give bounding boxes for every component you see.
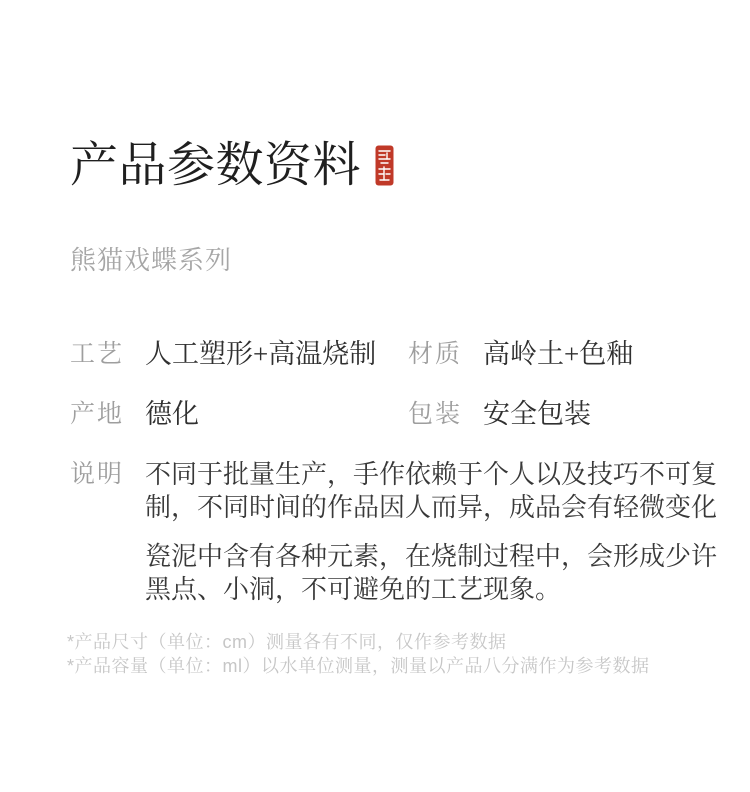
spec-origin: 产地 德化 <box>70 398 408 431</box>
spec-packaging: 包装 安全包装 <box>408 398 591 431</box>
spec-label-material: 材质 <box>408 338 483 371</box>
spec-label-description: 说明 <box>70 458 145 606</box>
series-name: 熊猫戏蝶系列 <box>70 246 232 274</box>
spec-craft: 工艺 人工塑形+高温烧制 <box>70 338 408 371</box>
description-paragraph-2: 瓷泥中含有各种元素，在烧制过程中，会形成少许 黑点、小洞，不可避免的工艺现象。 <box>145 540 750 606</box>
footnote-size: *产品尺寸（单位：cm）测量各有不同，仅作参考数据 <box>67 630 650 654</box>
footnote-capacity: *产品容量（单位：ml）以水单位测量，测量以产品八分满作为参考数据 <box>67 654 650 678</box>
description-text: 不同于批量生产，手作依赖于个人以及技巧不可复 制，不同时间的作品因人而异，成品会… <box>145 458 750 606</box>
spec-row-description: 说明 不同于批量生产，手作依赖于个人以及技巧不可复 制，不同时间的作品因人而异，… <box>70 458 750 606</box>
spec-value-origin: 德化 <box>145 398 199 431</box>
product-parameters-section: 产品参数资料 熊猫戏蝶系列 工艺 人工塑形+高温烧制 材质 高岭土+色釉 <box>0 0 750 792</box>
spec-label-packaging: 包装 <box>408 398 483 431</box>
footnotes: *产品尺寸（单位：cm）测量各有不同，仅作参考数据 *产品容量（单位：ml）以水… <box>67 630 650 678</box>
description-paragraph-1: 不同于批量生产，手作依赖于个人以及技巧不可复 制，不同时间的作品因人而异，成品会… <box>145 458 750 524</box>
page-title: 产品参数资料 <box>70 140 361 192</box>
spec-row-craft-material: 工艺 人工塑形+高温烧制 材质 高岭土+色釉 <box>70 338 633 371</box>
spec-value-material: 高岭土+色釉 <box>483 338 633 371</box>
spec-material: 材质 高岭土+色釉 <box>408 338 633 371</box>
spec-label-origin: 产地 <box>70 398 145 431</box>
spec-value-packaging: 安全包装 <box>483 398 591 431</box>
spec-value-craft: 人工塑形+高温烧制 <box>145 338 376 371</box>
page-title-row: 产品参数资料 <box>70 140 361 192</box>
red-seal-stamp-icon <box>375 145 394 186</box>
spec-row-origin-packaging: 产地 德化 包装 安全包装 <box>70 398 591 431</box>
spec-label-craft: 工艺 <box>70 338 145 371</box>
